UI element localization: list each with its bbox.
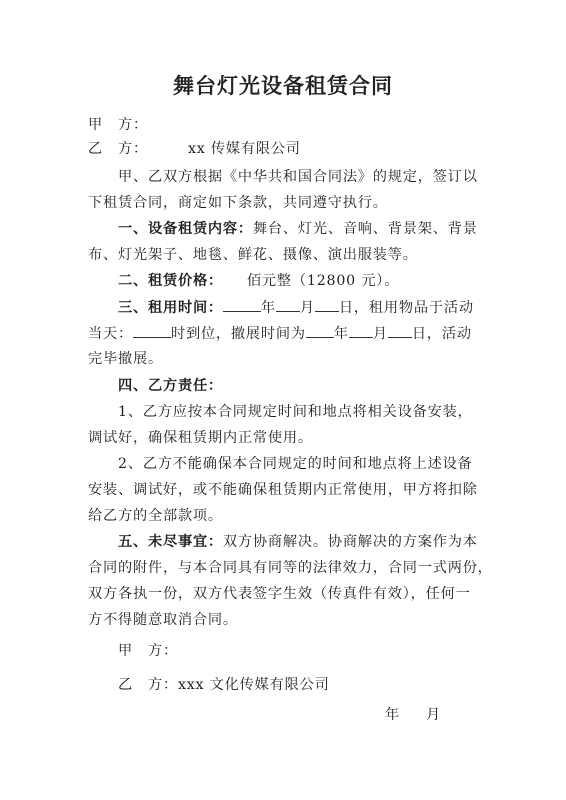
date-month-label: 月 bbox=[426, 707, 441, 723]
clause-4-item-1-line-1: 1、乙方应按本合同规定时间和地点将相关设备安装， bbox=[118, 402, 514, 422]
teardown-year-blank[interactable] bbox=[306, 323, 334, 338]
teardown-month-label: 月 bbox=[373, 326, 388, 342]
day-blank[interactable] bbox=[315, 297, 339, 312]
month-label: 月 bbox=[300, 300, 315, 316]
clause-3-heading: 三、租用时间： bbox=[118, 300, 223, 316]
document-title: 舞台灯光设备租赁合同 bbox=[0, 70, 566, 100]
clause-5-line-4: 方不得随意取消合同。 bbox=[88, 610, 484, 630]
preamble-line-2: 下租赁合同，商定如下条款，共同遵守执行。 bbox=[88, 193, 484, 213]
clause-3-teardown-text: 时到位，撤展时间为 bbox=[171, 326, 306, 342]
contract-page: 舞台灯光设备租赁合同 甲 方： 乙 方：xx 传媒有限公司 甲、乙双方根据《中华… bbox=[0, 0, 566, 800]
teardown-day-blank[interactable] bbox=[388, 323, 412, 338]
month-blank[interactable] bbox=[276, 297, 300, 312]
teardown-year-label: 年 bbox=[334, 326, 349, 342]
party-b-label: 乙 方： bbox=[88, 141, 148, 157]
hour-blank[interactable] bbox=[133, 323, 171, 338]
clause-5-text: 双方协商解决。协商解决的方案作为本 bbox=[223, 534, 478, 550]
signature-party-b-label: 乙 方： bbox=[118, 677, 178, 693]
signature-party-b: 乙 方：xxx 文化传媒有限公司 bbox=[118, 675, 514, 695]
clause-3-same-day: 当天： bbox=[88, 326, 133, 342]
teardown-month-blank[interactable] bbox=[349, 323, 373, 338]
clause-3-line-1: 三、租用时间：年月日，租用物品于活动 bbox=[118, 297, 514, 318]
year-blank[interactable] bbox=[223, 297, 261, 312]
clause-5-line-2: 合同的附件，与本合同具有同等的法律效力，合同一式两份， bbox=[88, 558, 484, 578]
clause-1-text: 舞台、灯光、音响、背景架、背景 bbox=[253, 221, 478, 237]
clause-1-line-1: 一、设备租赁内容：舞台、灯光、音响、背景架、背景 bbox=[118, 219, 514, 239]
party-b-name: xx 传媒有限公司 bbox=[188, 141, 301, 157]
clause-2-heading: 二、租赁价格： bbox=[118, 273, 223, 289]
clause-5-line-1: 五、未尽事宜：双方协商解决。协商解决的方案作为本 bbox=[118, 532, 514, 552]
clause-1-line-2: 布、灯光架子、地毯、鲜花、摄像、演出服装等。 bbox=[88, 245, 484, 265]
header-party-b: 乙 方：xx 传媒有限公司 bbox=[88, 139, 484, 159]
clause-4-item-1-line-2: 调试好，确保租赁期内正常使用。 bbox=[88, 428, 484, 448]
clause-4-heading: 四、乙方责任： bbox=[118, 378, 223, 394]
clause-3-line-3: 完毕撤展。 bbox=[88, 349, 484, 369]
teardown-day-text: 日，活动 bbox=[412, 326, 472, 342]
signature-party-a-label: 甲 方： bbox=[118, 643, 178, 659]
clause-4-item-2-line-2: 安装、调试好，或不能确保租赁期内正常使用，甲方将扣除 bbox=[88, 480, 484, 500]
header-party-a: 甲 方： bbox=[88, 115, 484, 135]
preamble-line-1: 甲、乙双方根据《中华共和国合同法》的规定，签订以 bbox=[118, 167, 514, 187]
signature-date: 年月 bbox=[385, 705, 485, 725]
clause-2-text: 佰元整（12800 元）。 bbox=[247, 273, 399, 289]
clause-5-heading: 五、未尽事宜： bbox=[118, 534, 223, 550]
clause-1-heading: 一、设备租赁内容： bbox=[118, 221, 253, 237]
clause-3-line-2: 当天：时到位，撤展时间为年月日，活动 bbox=[88, 323, 484, 344]
date-year-label: 年 bbox=[385, 707, 400, 723]
signature-party-b-name: xxx 文化传媒有限公司 bbox=[178, 677, 330, 693]
signature-party-a: 甲 方： bbox=[118, 641, 514, 661]
year-label: 年 bbox=[261, 300, 276, 316]
clause-4-heading-line: 四、乙方责任： bbox=[118, 376, 514, 396]
clause-5-line-3: 双方各执一份，双方代表签字生效（传真件有效），任何一 bbox=[88, 584, 484, 604]
clause-4-item-2-line-1: 2、乙方不能确保本合同规定的时间和地点将上述设备 bbox=[118, 454, 514, 474]
clause-4-item-2-line-3: 给乙方的全部款项。 bbox=[88, 506, 484, 526]
clause-2-line: 二、租赁价格：佰元整（12800 元）。 bbox=[118, 271, 514, 291]
party-a-label: 甲 方： bbox=[88, 117, 148, 133]
day-text: 日，租用物品于活动 bbox=[339, 300, 474, 316]
